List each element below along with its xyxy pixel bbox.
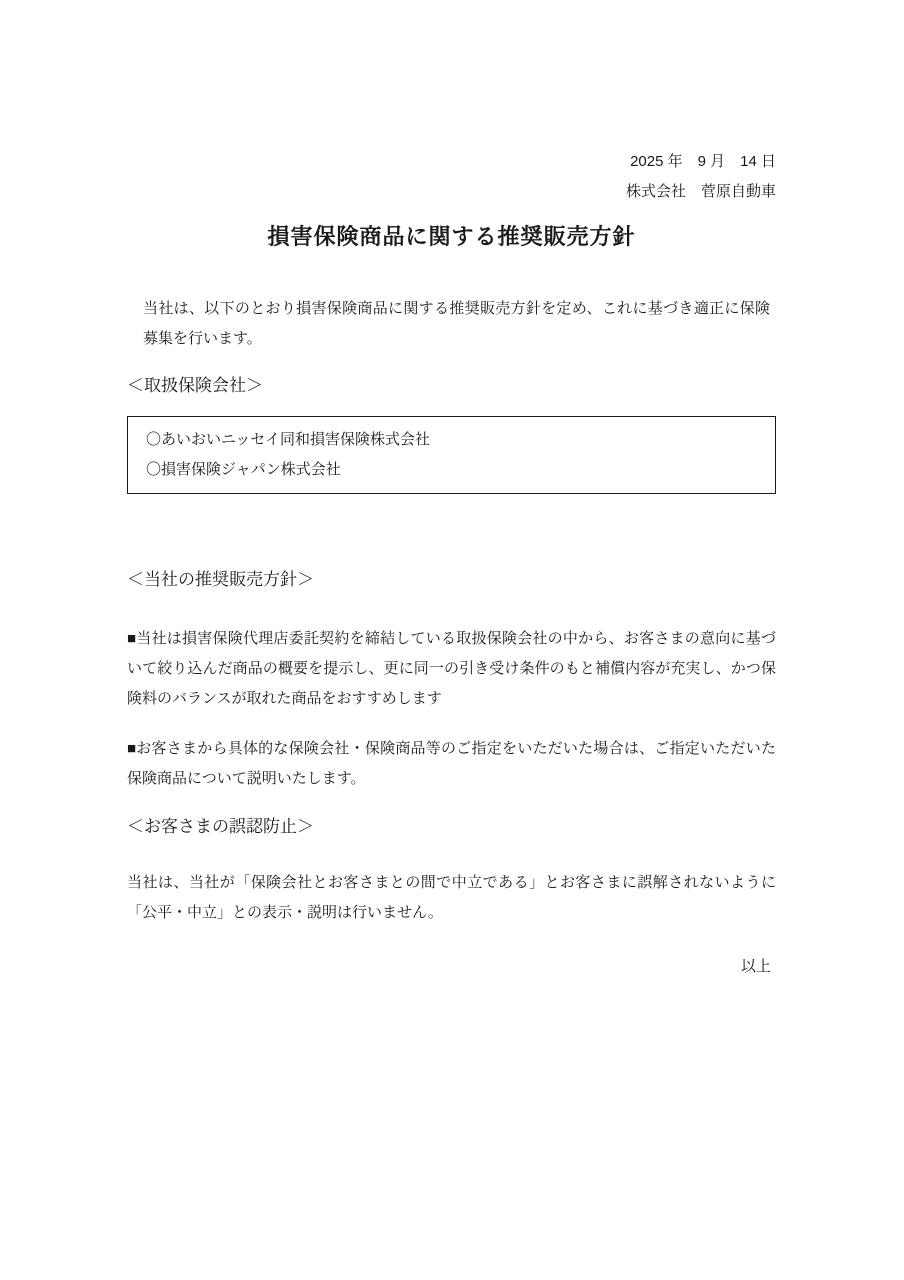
carrier-item: 〇あいおいニッセイ同和損害保険株式会社 <box>146 425 759 455</box>
carrier-item: 〇損害保険ジャパン株式会社 <box>146 455 759 485</box>
intro-paragraph: 当社は、以下のとおり損害保険商品に関する推奨販売方針を定め、これに基づき適正に保… <box>127 294 776 354</box>
section-heading-carriers: ＜取扱保険会社＞ <box>127 374 776 398</box>
policy-paragraph-1: ■当社は損害保険代理店委託契約を締結している取扱保険会社の中から、お客さまの意向… <box>127 624 776 714</box>
policy-paragraph-2: ■お客さまから具体的な保険会社・保険商品等のご指定をいただいた場合は、ご指定いた… <box>127 734 776 794</box>
carriers-list: 〇あいおいニッセイ同和損害保険株式会社 〇損害保険ジャパン株式会社 <box>146 425 759 485</box>
closing-text: 以上 <box>127 952 776 982</box>
document-date: 2025 年 9 月 14 日 <box>127 150 776 174</box>
company-name: 株式会社 菅原自動車 <box>127 180 776 204</box>
section-heading-misidentification: ＜お客さまの誤認防止＞ <box>127 815 776 839</box>
page-title: 損害保険商品に関する推奨販売方針 <box>127 222 776 252</box>
document-header: 2025 年 9 月 14 日 株式会社 菅原自動車 <box>127 150 776 204</box>
section-heading-policy: ＜当社の推奨販売方針＞ <box>127 568 776 592</box>
misidentification-paragraph: 当社は、当社が「保険会社とお客さまとの間で中立である」とお客さまに誤解されないよ… <box>127 868 776 928</box>
carriers-box: 〇あいおいニッセイ同和損害保険株式会社 〇損害保険ジャパン株式会社 <box>127 416 776 494</box>
document-page: 2025 年 9 月 14 日 株式会社 菅原自動車 損害保険商品に関する推奨販… <box>0 0 904 1280</box>
